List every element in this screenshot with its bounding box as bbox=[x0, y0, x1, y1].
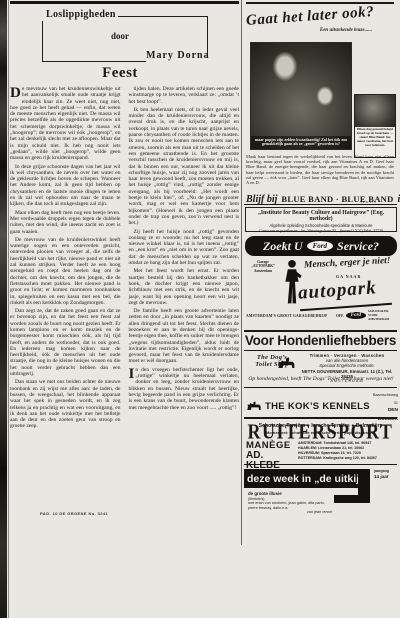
garage-address-block: Garage „AUTOPARK” Amsterdam bbox=[246, 260, 280, 273]
method-line: Speciaal Engelsche methode. bbox=[298, 363, 396, 368]
blueband-inset-caption: Elken dag gezond belegd brood op de bote… bbox=[355, 127, 395, 149]
honden-section-header: Voor Hondenliefhebbers bbox=[244, 333, 397, 348]
ruitersport-addresses: AMSTERDAM: Tombolstraat 146, tel. 90947 … bbox=[298, 441, 396, 471]
film-director: van jean renoir bbox=[248, 510, 332, 515]
paragraph: Ik ben heelemaal niets, of in ieder geva… bbox=[129, 107, 240, 227]
byline-author: Mary Dorna bbox=[146, 50, 210, 61]
blueband-inset-photo bbox=[355, 95, 395, 127]
autopark-banner: Zoekt U Ford Service? bbox=[245, 236, 397, 256]
autopark-slogan: Mensch, erger je niet! bbox=[304, 256, 398, 271]
ruitersport-details: MANÈGE AD. KLEBE AMSTERDAM: Tombolstraat… bbox=[246, 441, 396, 471]
paragraph: De mevrouw van het kruidenierswinkeltje … bbox=[10, 86, 121, 162]
kennels-street: Baarnscheweg 31 bbox=[373, 393, 398, 405]
column-kicker: Loslippigheden bbox=[46, 9, 116, 20]
uitkijk-banner: deze week in „de uitkijk”: bbox=[244, 469, 358, 488]
banner-text-post: Service? bbox=[337, 239, 379, 254]
horizontal-rule bbox=[244, 464, 397, 465]
kennels-ad: THE KOK’S KENNELS Baarnscheweg 31 DEN DO… bbox=[244, 387, 397, 419]
paragraph: Zij heeft het huisje nooit „rottig” gevo… bbox=[129, 229, 240, 267]
manege-block: MANÈGE AD. KLEBE bbox=[246, 441, 298, 471]
blueband-photo-caption: maar popjes zijn zelden kwaadaardig! Zal… bbox=[251, 136, 351, 149]
institute-name: „Institute for Beauty Culture and Hairgr… bbox=[246, 210, 396, 222]
uitkijk-film-listing: de groote illusie (filmfoto’s) met erich… bbox=[248, 492, 332, 515]
blueband-inset: Elken dag gezond belegd brood op de bote… bbox=[354, 94, 396, 158]
klebe-label: AD. KLEBE bbox=[246, 451, 298, 471]
paragraph: De familie heeft een groote advertentie … bbox=[129, 308, 240, 365]
banner-text-pre: Zoekt U bbox=[263, 239, 303, 254]
kennels-name: THE KOK’S KENNELS bbox=[265, 401, 370, 412]
autopark-tagline: AMSTERDAM’S GROOT GARAGEBEDRIJF bbox=[246, 314, 334, 318]
paragraph: In deze grijze schoonste dagen van het j… bbox=[10, 164, 121, 208]
horizontal-rule bbox=[244, 204, 397, 205]
slogan-brand: BLUE BAND · BLUE BAND bbox=[281, 194, 393, 204]
institute-contact: Cursussen en privélessen – Int. Wetering… bbox=[246, 229, 396, 233]
scan-edge-artifact bbox=[0, 0, 7, 618]
kennels-header-row: THE KOK’S KENNELS Baarnscheweg 31 DEN DO… bbox=[246, 390, 395, 422]
column-divider-rule bbox=[241, 0, 242, 545]
uitkijk-edition: jaargang 14 jaar bbox=[374, 469, 398, 479]
article-column-1: De mevrouw van het kruidenierswinkeltje … bbox=[10, 86, 121, 512]
institute-ad: „Institute for Beauty Culture and Hairgr… bbox=[245, 207, 397, 232]
autopark-dealer-block: OFF. Ford SUB-DEALER VOOR AMSTERDAM bbox=[336, 310, 396, 321]
byline-prefix: door bbox=[90, 31, 150, 41]
paragraph: Met het feest wordt het ernst. Er worden… bbox=[129, 268, 240, 306]
ford-logo: Ford bbox=[307, 241, 333, 251]
horizontal-rule bbox=[244, 350, 397, 351]
top-rule-left bbox=[10, 1, 239, 4]
paragraph: Dan staan we met ons beiden achter de ni… bbox=[10, 379, 121, 429]
blueband-headline: Gaat het later ook? bbox=[246, 3, 387, 30]
dealer-text: SUB-DEALER VOOR AMSTERDAM bbox=[368, 310, 396, 321]
scottish-terrier-icon bbox=[246, 400, 262, 412]
article-title: Feest bbox=[0, 65, 240, 82]
page-footer: PAG. 10 DE GROENE No. 3241 bbox=[40, 511, 108, 516]
dogs-toilet-shop-tagline: Op hondengebied, heeft The Dogs’ Toilet … bbox=[246, 376, 396, 382]
blueband-subline: Een uitstekende leuze...... bbox=[296, 28, 396, 33]
paragraph: De mevrouw van de kruidenierswinkel heef… bbox=[10, 237, 121, 306]
article-body: De mevrouw van het kruidenierswinkeltje … bbox=[10, 86, 239, 512]
header-box-line-bottom bbox=[42, 61, 146, 62]
paragraph: Maar elken dag heeft men nog een beetje … bbox=[10, 210, 121, 235]
kennels-address: Baarnscheweg 31 DEN DOLDER bbox=[373, 390, 398, 422]
scan-edge-line bbox=[8, 0, 9, 618]
garage-line: Amsterdam bbox=[246, 269, 280, 273]
ford-logo-dark: Ford bbox=[346, 312, 366, 319]
edition-years: 14 jaar bbox=[374, 474, 398, 479]
dealer-line: VOOR AMSTERDAM bbox=[368, 313, 389, 321]
article-column-2: tijden halen. Deze artikelen schijnen ee… bbox=[129, 86, 240, 512]
horizontal-rule-thick bbox=[244, 330, 397, 332]
address-line: ROTTERDAM: Kralingsche weg 120, tel. 843… bbox=[298, 456, 396, 461]
uitkijk-black-block-foot bbox=[334, 495, 370, 503]
blueband-body-text: Maak haar bestand tegen de werkelijkheid… bbox=[246, 154, 394, 185]
blueband-photo-mother-child: maar popjes zijn zelden kwaadaardig! Zal… bbox=[250, 42, 352, 150]
institute-training: Algehele opleiding Schoonheids-specialis… bbox=[246, 223, 396, 228]
header-box-line-left bbox=[42, 21, 43, 62]
paragraph: Dan zegt ze, dat de zaken goed gaan en d… bbox=[10, 308, 121, 377]
dealer-off-label: OFF. bbox=[336, 314, 344, 318]
newspaper-page: Loslippigheden door Mary Dorna Feest De … bbox=[0, 0, 400, 618]
header-box-line-top bbox=[118, 16, 208, 17]
paragraph: In den vroegen herfstschemer ligt het ou… bbox=[129, 367, 240, 411]
paragraph: tijden halen. Deze artikelen schijnen ee… bbox=[129, 86, 240, 105]
groomed-dog-icon bbox=[276, 356, 296, 370]
autopark-wordmark: autopark bbox=[297, 277, 377, 304]
